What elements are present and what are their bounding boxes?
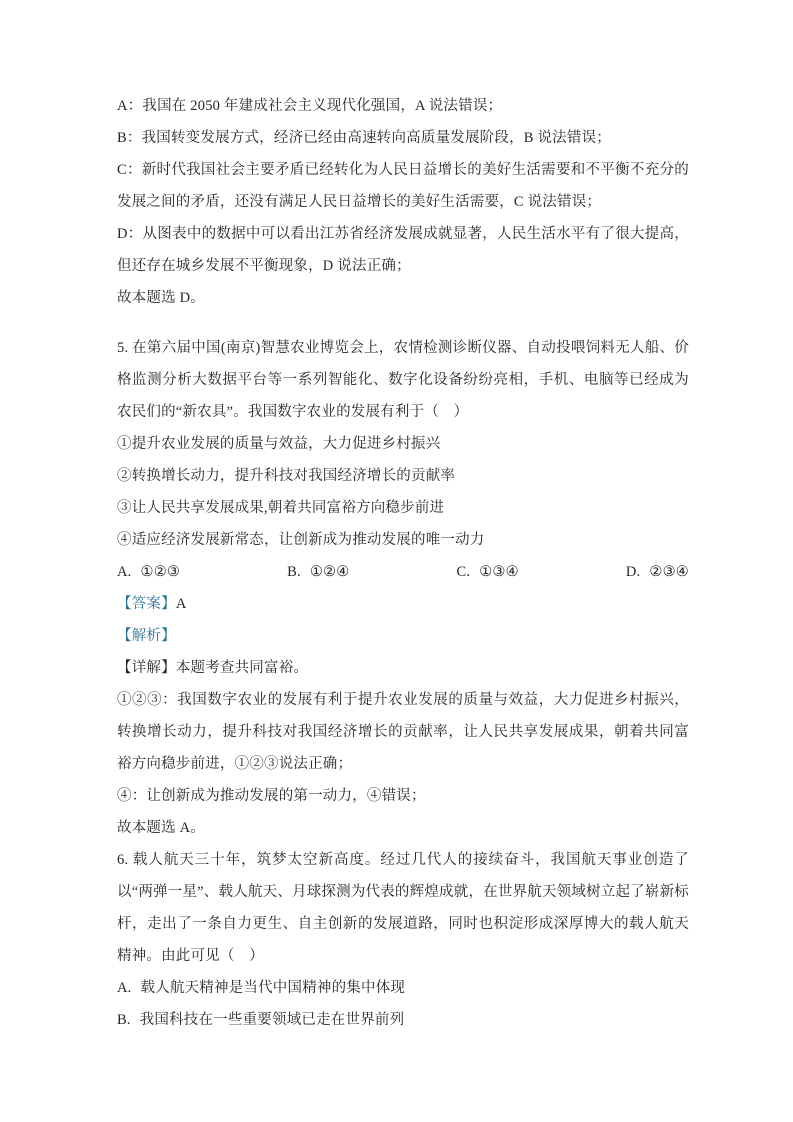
q6-block: 6. 载人航天三十年，筑梦太空新高度。经过几代人的接续奋斗，我国航天事业创造了以… xyxy=(117,844,689,1036)
q5-option-b-label: B. xyxy=(287,556,301,588)
q5-item-4: ④适应经济发展新常态，让创新成为推动发展的唯一动力 xyxy=(117,524,689,556)
q5-option-a-value: ①②③ xyxy=(141,564,181,580)
q5-conclusion: 故本题选 A。 xyxy=(117,812,689,844)
q6-stem: 6. 载人航天三十年，筑梦太空新高度。经过几代人的接续奋斗，我国航天事业创造了以… xyxy=(117,844,689,972)
q6-option-b-value: 我国科技在一些重要领域已走在世界前列 xyxy=(140,1012,405,1028)
q5-option-c: C.①③④ xyxy=(457,556,519,588)
q5-detail-point-123: ①②③：我国数字农业的发展有利于提升农业发展的质量与效益，大力促进乡村振兴，转换… xyxy=(117,684,689,780)
q5-options-row: A.①②③ B.①②④ C.①③④ D.②③④ xyxy=(117,556,689,588)
q6-option-b-label: B. xyxy=(117,1004,131,1036)
q5-item-1: ①提升农业发展的质量与效益，大力促进乡村振兴 xyxy=(117,428,689,460)
detail-label: 【详解】 xyxy=(117,660,176,676)
q5-option-d-value: ②③④ xyxy=(649,564,689,580)
q5-option-b-value: ①②④ xyxy=(310,564,350,580)
q5-block: 5. 在第六届中国(南京)智慧农业博览会上，农情检测诊断仪器、自动投喂饲料无人船… xyxy=(117,332,689,844)
q6-option-a: A.载人航天精神是当代中国精神的集中体现 xyxy=(117,972,689,1004)
q4-option-a-analysis: A：我国在 2050 年建成社会主义现代化强国，A 说法错误； xyxy=(117,90,689,122)
answer-label: 【答案】 xyxy=(117,596,176,612)
q6-option-a-value: 载人航天精神是当代中国精神的集中体现 xyxy=(141,980,406,996)
q6-option-b: B.我国科技在一些重要领域已走在世界前列 xyxy=(117,1004,689,1036)
detail-intro: 本题考查共同富裕。 xyxy=(176,660,308,676)
q4-conclusion: 故本题选 D。 xyxy=(117,282,689,314)
q5-option-b: B.①②④ xyxy=(287,556,349,588)
q5-item-3: ③让人民共享发展成果,朝着共同富裕方向稳步前进 xyxy=(117,492,689,524)
q5-option-a: A.①②③ xyxy=(117,556,180,588)
q5-analysis-label-line: 【解析】 xyxy=(117,620,689,652)
q5-option-c-value: ①③④ xyxy=(479,564,519,580)
q5-option-a-label: A. xyxy=(117,556,132,588)
answer-value: A xyxy=(176,596,187,612)
q5-option-d: D.②③④ xyxy=(626,556,689,588)
q5-item-2: ②转换增长动力，提升科技对我国经济增长的贡献率 xyxy=(117,460,689,492)
analysis-label: 【解析】 xyxy=(117,628,176,644)
document-page: A：我国在 2050 年建成社会主义现代化强国，A 说法错误； B：我国转变发展… xyxy=(0,0,793,1122)
q5-answer-line: 【答案】A xyxy=(117,588,689,620)
q4-option-c-analysis: C：新时代我国社会主要矛盾已经转化为人民日益增长的美好生活需要和不平衡不充分的发… xyxy=(117,154,689,218)
q6-option-a-label: A. xyxy=(117,972,132,1004)
q5-option-c-label: C. xyxy=(457,556,471,588)
q4-option-d-analysis: D：从图表中的数据中可以看出江苏省经济发展成就显著，人民生活水平有了很大提高，但… xyxy=(117,218,689,282)
q4-option-b-analysis: B：我国转变发展方式，经济已经由高速转向高质量发展阶段，B 说法错误； xyxy=(117,122,689,154)
q5-detail-intro-line: 【详解】本题考查共同富裕。 xyxy=(117,652,689,684)
q5-stem: 5. 在第六届中国(南京)智慧农业博览会上，农情检测诊断仪器、自动投喂饲料无人船… xyxy=(117,332,689,428)
q5-option-d-label: D. xyxy=(626,556,641,588)
q4-explanation-block: A：我国在 2050 年建成社会主义现代化强国，A 说法错误； B：我国转变发展… xyxy=(117,90,689,314)
q5-detail-point-4: ④：让创新成为推动发展的第一动力，④错误； xyxy=(117,780,689,812)
document-content: A：我国在 2050 年建成社会主义现代化强国，A 说法错误； B：我国转变发展… xyxy=(117,90,689,1036)
